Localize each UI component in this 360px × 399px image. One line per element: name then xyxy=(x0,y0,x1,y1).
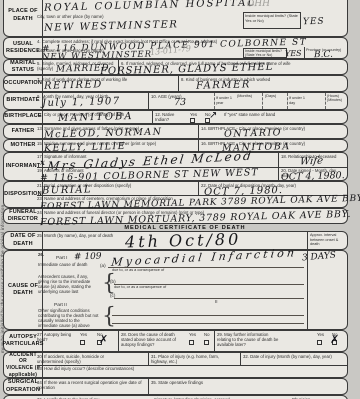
autopsy-q28-yes-label: Yes xyxy=(189,332,196,337)
row-informant: INFORMANT 17. Signature of informant x M… xyxy=(3,152,348,181)
native-yes-label: Yes xyxy=(190,112,197,117)
informant-x-mark: x xyxy=(40,157,45,167)
row-marital-status: MARITAL STATUS 5. Single, married, widow… xyxy=(3,59,348,75)
surgical-q35-label: 35. State operative findings xyxy=(151,380,331,385)
age-under-day-label: If under 1 day xyxy=(289,96,309,105)
autopsy-q28-no-label: No xyxy=(204,332,210,337)
row-birthplace: BIRTHPLACE 11. City or place, Province (… xyxy=(3,110,348,124)
cause-line-c xyxy=(114,298,304,299)
age-hours-label: (Hours)(Minutes) xyxy=(327,94,349,103)
native-yes-checkbox xyxy=(190,118,195,123)
birthplace-place-value: MANITOBA xyxy=(58,111,134,124)
accident-q30-label: 30. If accident, suicide, homicide or un… xyxy=(37,354,127,364)
place-city-label: City, town or other place (by name) xyxy=(37,14,157,19)
age-months-label: (Months) xyxy=(237,94,263,99)
father-birthplace-value: ONTARIO xyxy=(224,127,282,140)
row-birthdate: BIRTHDATE 9. Month (by name), day, year … xyxy=(3,92,348,110)
corner-annotation: OHH xyxy=(247,0,270,9)
row-autopsy: AUTOPSY PARTICULARS 27. Autopsy being he… xyxy=(3,330,348,352)
cause-antecedent-label: Antecedent causes, if any, giving rise t… xyxy=(38,274,100,295)
autopsy-divider-1 xyxy=(118,331,119,351)
autopsy-q29-yes-label: Yes xyxy=(317,332,324,337)
cause-brace-2: { xyxy=(102,306,116,328)
cause-line-part2b xyxy=(112,323,304,324)
native-band-label: If "yes" state name of band xyxy=(224,112,334,117)
occupation-work-value: RETIRED xyxy=(44,79,103,92)
autopsy-q28-no-checkbox xyxy=(204,340,209,345)
row-occupation: OCCUPATION 7. Kind of work done during m… xyxy=(3,75,348,92)
occupation-divider xyxy=(178,76,179,91)
death-certificate-scan: must be initialled by the person certify… xyxy=(0,0,360,399)
age-sep-3 xyxy=(287,93,288,109)
father-divider xyxy=(198,125,199,138)
native-indian-label: 12. Native Indian? xyxy=(155,112,187,122)
autopsy-q29-no-x-mark: ✗ xyxy=(330,333,339,346)
age-sep-2 xyxy=(262,93,263,109)
autopsy-q28-yes-checkbox xyxy=(189,340,194,345)
age-days-label: (Days) xyxy=(265,94,289,99)
dod-date-value: 4th Oct/80 xyxy=(125,229,242,251)
cause-interval-divider xyxy=(307,251,308,329)
dod-interval-label: Approx. interval between onset & death xyxy=(310,233,346,247)
age-sep-1 xyxy=(214,93,215,109)
residence-municipal-box: Inside municipal limits? (State Yes or N… xyxy=(243,48,287,58)
row-disposition: DISPOSITION 21. Burial, cremation or oth… xyxy=(3,181,348,208)
autopsy-q29-yes-checkbox xyxy=(317,340,322,345)
row-certification-partial: 36. I certify that to the best of my Sig… xyxy=(3,395,348,399)
occupation-industry-value: FARMER xyxy=(196,79,251,91)
cause-a-value: Myocardial Infarction xyxy=(110,246,297,269)
surgical-q34-label: 34. If there was a recent surgical opera… xyxy=(37,380,142,390)
place-municipal-label: Inside municipal limits? (State Yes or N… xyxy=(245,14,299,24)
cause-column-mark: II xyxy=(215,299,218,305)
accident-divider-2 xyxy=(240,353,241,365)
place-hospital-value: ROYAL COLUMBIAN HOSPITAL xyxy=(44,0,256,14)
surgical-divider xyxy=(148,379,149,394)
row-accident-violence: ACCIDENT OR VIOLENCE (if applicable) 30.… xyxy=(3,352,348,378)
cause-due-to-2: due to, or as a consequence of xyxy=(114,285,166,290)
autopsy-q27-label: 27. Autopsy being held? xyxy=(37,332,77,342)
birthdate-age-value: 73 xyxy=(174,97,186,108)
row-surgical-operation: SURGICAL OPERATION 34. If there was a re… xyxy=(3,378,348,395)
residence-municipal-value: YES xyxy=(285,49,302,58)
dod-interval-divider xyxy=(307,232,308,249)
native-no-arrow-mark: ↗ xyxy=(209,110,217,121)
autopsy-q29-label: 29. May further information relating to … xyxy=(217,332,283,347)
cause-item-number: 26. xyxy=(38,252,44,257)
accident-q33-label: 33. How did injury occur? (describe circ… xyxy=(37,366,287,371)
residence-municipal-label: Inside municipal limits? (State Yes or N… xyxy=(245,49,287,58)
cause-line-part2a xyxy=(112,315,304,316)
place-municipal-box: Inside municipal limits? (State Yes or N… xyxy=(243,12,301,29)
autopsy-q27-yes-checkbox xyxy=(80,340,85,345)
age-under-year-label: If under 1 year xyxy=(216,96,236,105)
accident-q32-label: 32. Date of injury (Month (by name), day… xyxy=(243,354,345,359)
autopsy-q27-no-x-mark: ✗ xyxy=(99,333,108,346)
cause-part1-label: Part I xyxy=(56,256,67,262)
cause-immediate-label: Immediate cause of death xyxy=(38,262,96,267)
autopsy-divider-2 xyxy=(214,331,215,351)
cause-case-number: # 109 xyxy=(74,252,102,263)
residence-province-divider xyxy=(304,47,305,58)
autopsy-q27-yes-label: Yes xyxy=(80,332,87,337)
cause-a-label: (a) xyxy=(100,263,106,269)
accident-q31-label: 31. Place of injury (e.g. home, farm, hi… xyxy=(151,354,231,364)
mother-divider xyxy=(198,140,199,151)
row-place-of-death: PLACE OF DEATH ROYAL COLUMBIAN HOSPITAL … xyxy=(3,0,348,37)
age-sep-4 xyxy=(325,93,326,109)
row-mother: MOTHER 15. Maiden surname and given name… xyxy=(3,139,348,152)
informant-relationship-value: Wife xyxy=(299,155,323,167)
birthdate-divider xyxy=(148,93,149,109)
accident-divider-1 xyxy=(148,353,149,365)
disposition-divider-vert xyxy=(198,182,199,195)
birthplace-divider xyxy=(152,111,153,123)
cause-due-to-1: due to, or as a consequence of xyxy=(112,268,164,273)
row-cause-of-death: CAUSE OF DEATH 26. Part I # 109 Immediat… xyxy=(3,250,348,330)
row-father: FATHER 13. Surname and given names of fa… xyxy=(3,124,348,139)
place-city-value: NEW WESTMINSTER xyxy=(44,19,179,34)
cause-part2-desc: Other significant conditions contributin… xyxy=(38,308,100,329)
birthdate-date-value: July 1, 1907 xyxy=(42,96,121,109)
row-usual-residence: USUAL RESIDENCE 4. Complete street addre… xyxy=(3,37,348,59)
place-municipal-value: YES xyxy=(303,17,325,28)
autopsy-q28-label: 28. Does the cause of death stated above… xyxy=(121,332,185,347)
row-funeral-director: FUNERAL DIRECTOR 24. Name and address of… xyxy=(3,208,348,224)
